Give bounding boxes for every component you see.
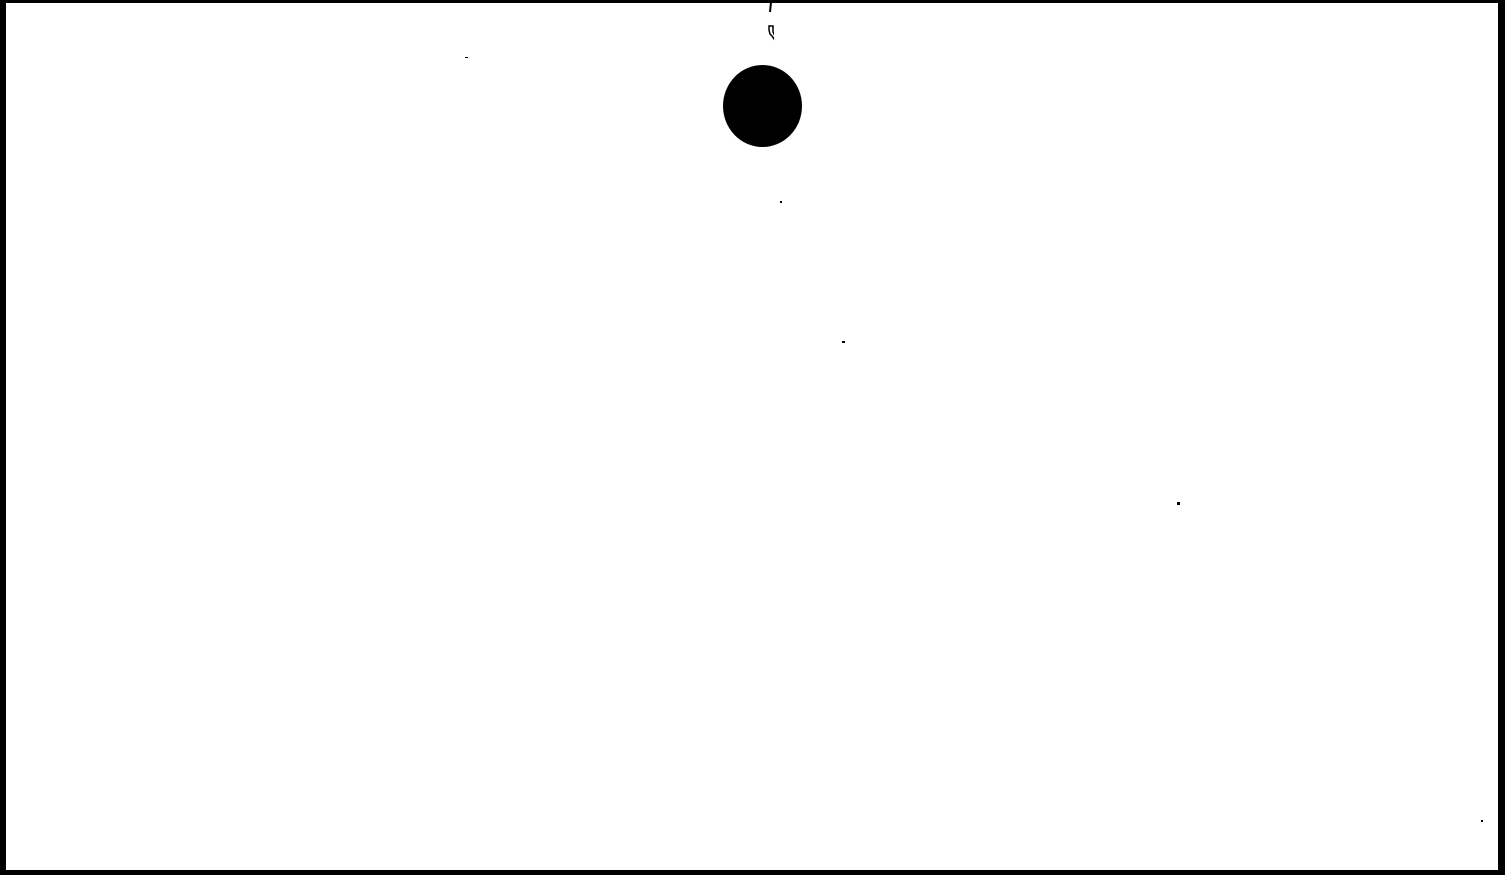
speck (780, 201, 782, 203)
speck (1481, 820, 1483, 822)
speck (842, 341, 845, 343)
speck (465, 57, 468, 58)
cursor-artifact-icon (760, 0, 774, 42)
screen (0, 0, 1505, 875)
filled-circle-icon (723, 65, 802, 147)
frame-notch (0, 30, 6, 32)
speck (1177, 502, 1180, 505)
